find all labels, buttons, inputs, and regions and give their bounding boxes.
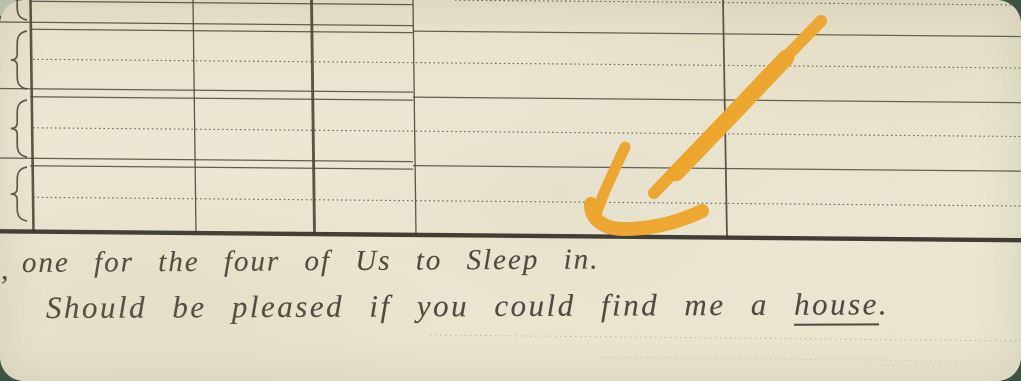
handwritten-line-2-text: Should be pleased if you could find me a — [46, 287, 794, 325]
handwritten-line-2: Should be pleased if you could find me a… — [46, 286, 889, 326]
scanned-form-document: , one for the four of Us to Sleep in. Sh… — [0, 0, 1021, 381]
arrow-head-upper — [596, 147, 625, 215]
underlined-word: house — [794, 286, 879, 325]
arrow-head-lower — [591, 204, 702, 229]
handwritten-period: . — [879, 286, 889, 321]
arrow-down-left-icon — [591, 21, 821, 229]
arrow-shaft-mid — [676, 58, 786, 173]
handwritten-comma: , — [1, 253, 9, 287]
handwritten-line-1: one for the four of Us to Sleep in. — [22, 243, 600, 280]
